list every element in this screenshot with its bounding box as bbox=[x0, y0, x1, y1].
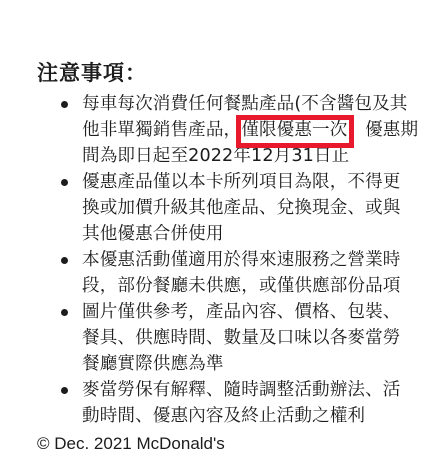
notice-line: 優惠產品僅以本卡所列項目為限，不得更 bbox=[82, 169, 422, 195]
notice-line: 餐廳實際供應為準 bbox=[82, 351, 422, 377]
notice-line: 間為即日起至2022年12月31日止 bbox=[82, 143, 422, 169]
notice-text: ，優惠期 bbox=[347, 120, 418, 140]
notice-line: 麥當勞保有解釋、隨時調整活動辦法、活 bbox=[82, 377, 422, 403]
notice-text: 他非單獨銷售產品， bbox=[82, 120, 241, 140]
highlight-label: 僅限優惠一次 bbox=[241, 120, 347, 140]
notice-line: 動時間、優惠內容及終止活動之權利 bbox=[82, 403, 422, 429]
notice-item: 優惠產品僅以本卡所列項目為限，不得更 換或加價升級其他產品、兌換現金、或與 其他… bbox=[37, 169, 422, 247]
bullet-icon bbox=[61, 387, 68, 394]
notice-line: 換或加價升級其他產品、兌換現金、或與 bbox=[82, 195, 422, 221]
notice-line: 段，部份餐廳未供應，或僅供應部份品項 bbox=[82, 273, 422, 299]
notice-item: 圖片僅供參考，產品內容、價格、包裝、 餐具、供應時間、數量及口味以各麥當勞 餐廳… bbox=[37, 299, 422, 377]
highlighted-text: 僅限優惠一次 bbox=[241, 117, 347, 143]
notice-line: 其他優惠合併使用 bbox=[82, 221, 422, 247]
notice-title: 注意事項： bbox=[37, 60, 437, 86]
notice-item: 麥當勞保有解釋、隨時調整活動辦法、活 動時間、優惠內容及終止活動之權利 bbox=[37, 377, 422, 429]
notice-line: 餐具、供應時間、數量及口味以各麥當勞 bbox=[82, 325, 422, 351]
copyright-text: © Dec. 2021 McDonald's bbox=[37, 433, 225, 455]
notice-line: 每車每次消費任何餐點產品(不含醬包及其 bbox=[82, 91, 422, 117]
bullet-icon bbox=[61, 257, 68, 264]
notice-section: 注意事項： 每車每次消費任何餐點產品(不含醬包及其 他非單獨銷售產品，僅限優惠一… bbox=[37, 60, 437, 429]
bullet-icon bbox=[61, 179, 68, 186]
notice-item: 本優惠活動僅適用於得來速服務之營業時 段，部份餐廳未供應，或僅供應部份品項 bbox=[37, 247, 422, 299]
bullet-icon bbox=[61, 101, 68, 108]
bullet-icon bbox=[61, 309, 68, 316]
notice-list: 每車每次消費任何餐點產品(不含醬包及其 他非單獨銷售產品，僅限優惠一次，優惠期 … bbox=[37, 91, 437, 429]
notice-line: 圖片僅供參考，產品內容、價格、包裝、 bbox=[82, 299, 422, 325]
notice-item: 每車每次消費任何餐點產品(不含醬包及其 他非單獨銷售產品，僅限優惠一次，優惠期 … bbox=[37, 91, 422, 169]
notice-line: 他非單獨銷售產品，僅限優惠一次，優惠期 bbox=[82, 117, 422, 143]
notice-line: 本優惠活動僅適用於得來速服務之營業時 bbox=[82, 247, 422, 273]
